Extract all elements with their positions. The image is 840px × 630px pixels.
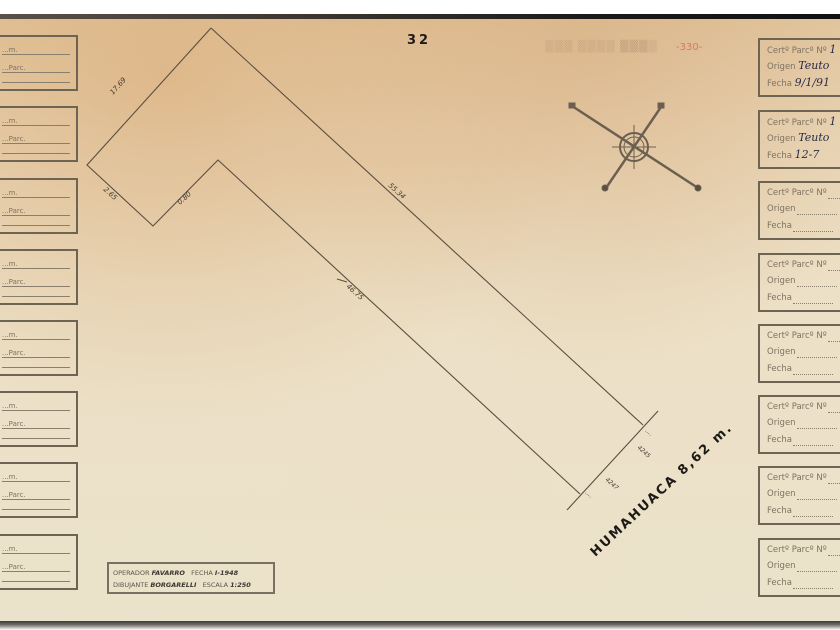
- parcel-outline: 17.69 2.65 0.80 55.34 46.75 4245 4247 ..…: [0, 0, 840, 630]
- dots-right: ....: [644, 427, 654, 437]
- survey-stamp: OPERADOR FAVARRO FECHA I-1948 DIBUJANTE …: [107, 562, 275, 594]
- fecha-value: I-1948: [215, 569, 238, 577]
- compass-rose-icon: [569, 103, 701, 191]
- fecha-label: FECHA: [191, 569, 213, 577]
- dibujante-value: BORGARELLI: [150, 581, 196, 589]
- dim-2-65: 2.65: [102, 186, 119, 203]
- marker-4245: 4245: [636, 444, 652, 460]
- escala-value: 1:250: [230, 581, 251, 589]
- dim-0-80: 0.80: [176, 190, 193, 207]
- dim-46-75: 46.75: [345, 283, 366, 303]
- escala-label: ESCALA: [203, 581, 228, 589]
- operador-value: FAVARRO: [152, 569, 185, 577]
- dim-17-69: 17.69: [109, 76, 129, 97]
- operador-label: OPERADOR: [113, 569, 149, 577]
- dibujante-label: DIBUJANTE: [113, 581, 148, 589]
- marker-4247: 4247: [604, 476, 620, 492]
